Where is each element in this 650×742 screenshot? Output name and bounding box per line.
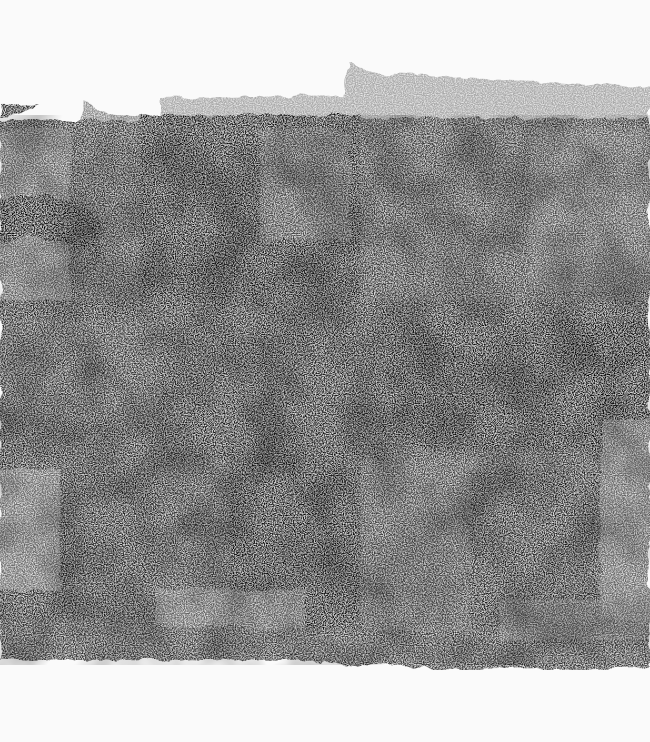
artwork-canvas: Abstract black-and-white monoprint / gru… (0, 0, 650, 742)
monoprint-texture (0, 0, 650, 742)
